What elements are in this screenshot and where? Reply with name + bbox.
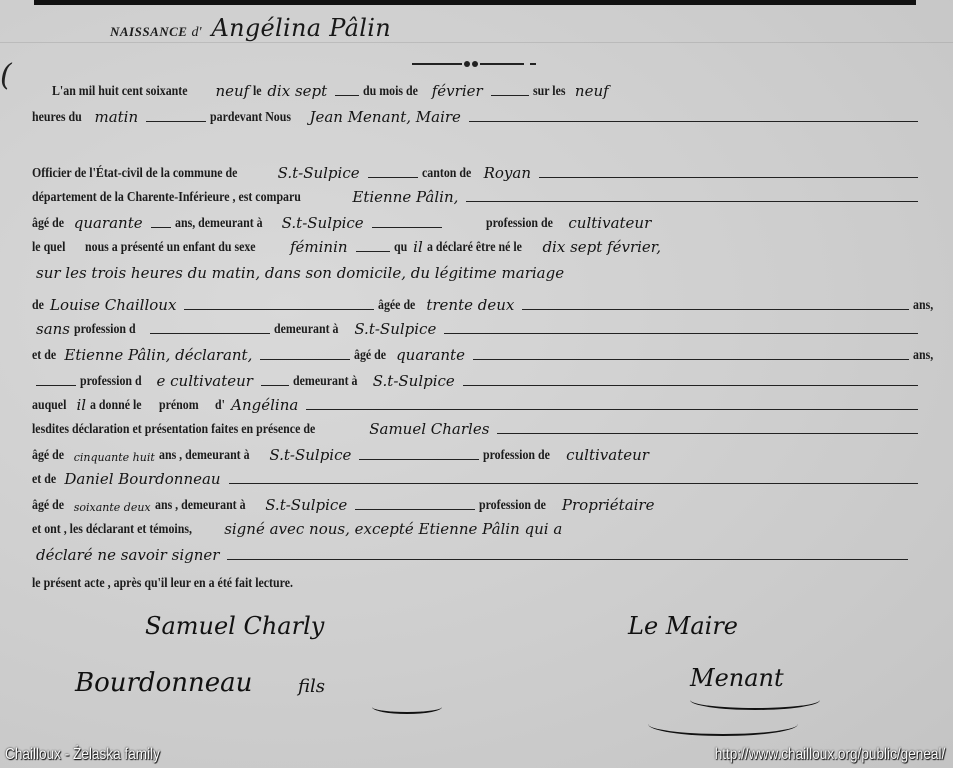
handwritten-hour: neuf — [575, 82, 609, 100]
printed-text: ans, — [913, 348, 933, 364]
scanned-document-page: NAISSANCE d' Angélina Pâlin ( L'an mil h… — [0, 0, 953, 768]
printed-text: le quel — [32, 240, 65, 256]
printed-text: âgé de — [32, 498, 64, 514]
handwritten-age: quarante — [74, 214, 143, 232]
printed-text: Officier de l'État-civil de la commune d… — [32, 166, 237, 182]
ornament-divider — [412, 60, 538, 68]
record-line-9: sans profession d demeurant à S.t-Sulpic… — [32, 314, 922, 338]
signature-witness-2-fils: fils — [298, 676, 325, 697]
handwritten-given-name: Angélina — [231, 396, 298, 414]
printed-text: ans, — [913, 298, 933, 314]
record-line-16: âgé de soixante deux ans , demeurant à S… — [32, 490, 922, 514]
printed-text: et ont , les déclarant et témoins, — [32, 522, 192, 538]
record-line-2: heures du matin pardevant Nous Jean Mena… — [32, 102, 922, 126]
handwritten-father-profession: e cultivateur — [156, 372, 252, 390]
handwritten-pronoun: il — [76, 396, 86, 414]
title-child-name: Angélina Pâlin — [211, 14, 391, 42]
printed-text: L'an mil huit cent soixante — [52, 84, 188, 100]
signature-flourish — [372, 700, 442, 714]
printed-text: le — [253, 84, 262, 100]
handwritten-witness-2-residence: S.t-Sulpice — [265, 496, 347, 514]
record-line-11: profession d e cultivateur demeurant à S… — [32, 366, 922, 390]
printed-text: nous a présenté un enfant du sexe — [85, 240, 256, 256]
printed-text: profession de — [479, 498, 546, 514]
printed-text: ans, demeurant à — [175, 216, 263, 232]
record-line-19: le présent acte , après qu'il leur en a … — [32, 568, 922, 592]
title-particle: d' — [191, 25, 201, 41]
handwritten-day: dix sept — [267, 82, 327, 100]
signature-witness-1: Samuel Charly — [145, 612, 324, 640]
printed-text: heures du — [32, 110, 82, 126]
record-line-17: et ont , les déclarant et témoins, signé… — [32, 514, 937, 538]
printed-text: du mois de — [363, 84, 418, 100]
handwritten-witness-1-residence: S.t-Sulpice — [269, 446, 351, 464]
record-line-10: et de Etienne Pâlin, déclarant, âgé de q… — [32, 340, 937, 364]
mayor-title: Le Maire — [628, 612, 738, 640]
printed-text: et de — [32, 472, 56, 488]
watermark-family: Chailloux - Żelaska family — [5, 746, 160, 764]
handwritten-mother-age: trente deux — [426, 296, 514, 314]
printed-text: demeurant à — [274, 322, 338, 338]
record-line-1: L'an mil huit cent soixante neuf le dix … — [52, 76, 932, 100]
signature-flourish — [690, 690, 820, 710]
handwritten-mother-name: Louise Chailloux — [50, 296, 176, 314]
handwritten-pronoun: il — [413, 238, 423, 256]
printed-text: qu — [394, 240, 407, 256]
handwritten-father-name: Etienne Pâlin, déclarant, — [64, 346, 252, 364]
handwritten-sex: féminin — [290, 238, 348, 256]
handwritten-declarant: Etienne Pâlin, — [352, 188, 458, 206]
printed-text: a donné le — [90, 398, 142, 414]
record-line-8: de Louise Chailloux âgée de trente deux … — [32, 290, 937, 314]
printed-text: profession de — [483, 448, 550, 464]
record-line-15: et de Daniel Bourdonneau — [32, 464, 922, 488]
signature-witness-2: Bourdonneau — [75, 668, 252, 698]
handwritten-witness-2-profession: Propriétaire — [562, 496, 655, 514]
handwritten-witness-1-age: cinquante huit — [74, 451, 155, 464]
signature-flourish — [648, 712, 798, 736]
handwritten-profession: cultivateur — [568, 214, 651, 232]
handwritten-commune: S.t-Sulpice — [278, 164, 360, 182]
handwritten-signing-note-cont: déclaré ne savoir signer — [36, 546, 219, 564]
printed-text: d' — [215, 398, 225, 414]
handwritten-month: février — [432, 82, 483, 100]
printed-text: département de la Charente-Inférieure , … — [32, 190, 301, 206]
record-title: NAISSANCE d' Angélina Pâlin — [110, 14, 391, 48]
record-line-14: âgé de cinquante huit ans , demeurant à … — [32, 440, 922, 464]
handwritten-birth-details: sur les trois heures du matin, dans son … — [36, 264, 564, 282]
printed-text: de — [32, 298, 44, 314]
printed-text: âgé de — [354, 348, 386, 364]
printed-text: pardevant Nous — [210, 110, 291, 126]
record-line-18: déclaré ne savoir signer — [32, 540, 912, 564]
handwritten-father-residence: S.t-Sulpice — [373, 372, 455, 390]
printed-text: âgée de — [378, 298, 415, 314]
title-label: NAISSANCE — [110, 24, 187, 40]
printed-text: profession d — [74, 322, 136, 338]
handwritten-residence: S.t-Sulpice — [282, 214, 364, 232]
record-line-6: le quel nous a présenté un enfant du sex… — [32, 232, 937, 256]
printed-text: le présent acte , après qu'il leur en a … — [32, 576, 293, 592]
printed-text: profession d — [80, 374, 142, 390]
top-border-rule — [34, 0, 916, 5]
handwritten-signing-note: signé avec nous, excepté Etienne Pâlin q… — [224, 520, 562, 538]
record-line-13: lesdites déclaration et présentation fai… — [32, 414, 922, 438]
record-line-12: auquel il a donné le prénom d' Angélina — [32, 390, 922, 414]
record-line-7: sur les trois heures du matin, dans son … — [32, 258, 922, 282]
handwritten-witness-1: Samuel Charles — [369, 420, 489, 438]
handwritten-mother-profession: sans — [36, 320, 70, 338]
handwritten-witness-2-age: soixante deux — [74, 501, 151, 514]
handwritten-officer: Jean Menant, Maire — [309, 108, 460, 126]
printed-text: ans , demeurant à — [159, 448, 250, 464]
printed-text: demeurant à — [293, 374, 357, 390]
handwritten-birth-date: dix sept février, — [542, 238, 661, 256]
handwritten-witness-1-profession: cultivateur — [566, 446, 649, 464]
record-line-4: département de la Charente-Inférieure , … — [32, 182, 922, 206]
printed-text: canton de — [422, 166, 471, 182]
printed-text: a déclaré être né le — [427, 240, 522, 256]
printed-text: âgé de — [32, 216, 64, 232]
record-line-5: âgé de quarante ans, demeurant à S.t-Sul… — [32, 208, 922, 232]
watermark-url: http://www.chailloux.org/public/geneal/ — [714, 746, 945, 764]
handwritten-canton: Royan — [484, 164, 531, 182]
printed-text: et de — [32, 348, 56, 364]
printed-text: profession de — [486, 216, 553, 232]
handwritten-witness-2: Daniel Bourdonneau — [64, 470, 220, 488]
printed-text: sur les — [533, 84, 566, 100]
handwritten-year: neuf — [215, 82, 249, 100]
signature-mayor: Menant — [690, 664, 784, 692]
printed-text: lesdites déclaration et présentation fai… — [32, 422, 315, 438]
handwritten-time-of-day: matin — [94, 108, 138, 126]
printed-text: ans , demeurant à — [155, 498, 246, 514]
printed-text: âgé de — [32, 448, 64, 464]
handwritten-mother-residence: S.t-Sulpice — [354, 320, 436, 338]
record-line-3: Officier de l'État-civil de la commune d… — [32, 158, 922, 182]
printed-text: prénom — [159, 398, 199, 414]
handwritten-father-age: quarante — [396, 346, 465, 364]
margin-pen-mark: ( — [0, 58, 12, 93]
printed-text: auquel — [32, 398, 66, 414]
